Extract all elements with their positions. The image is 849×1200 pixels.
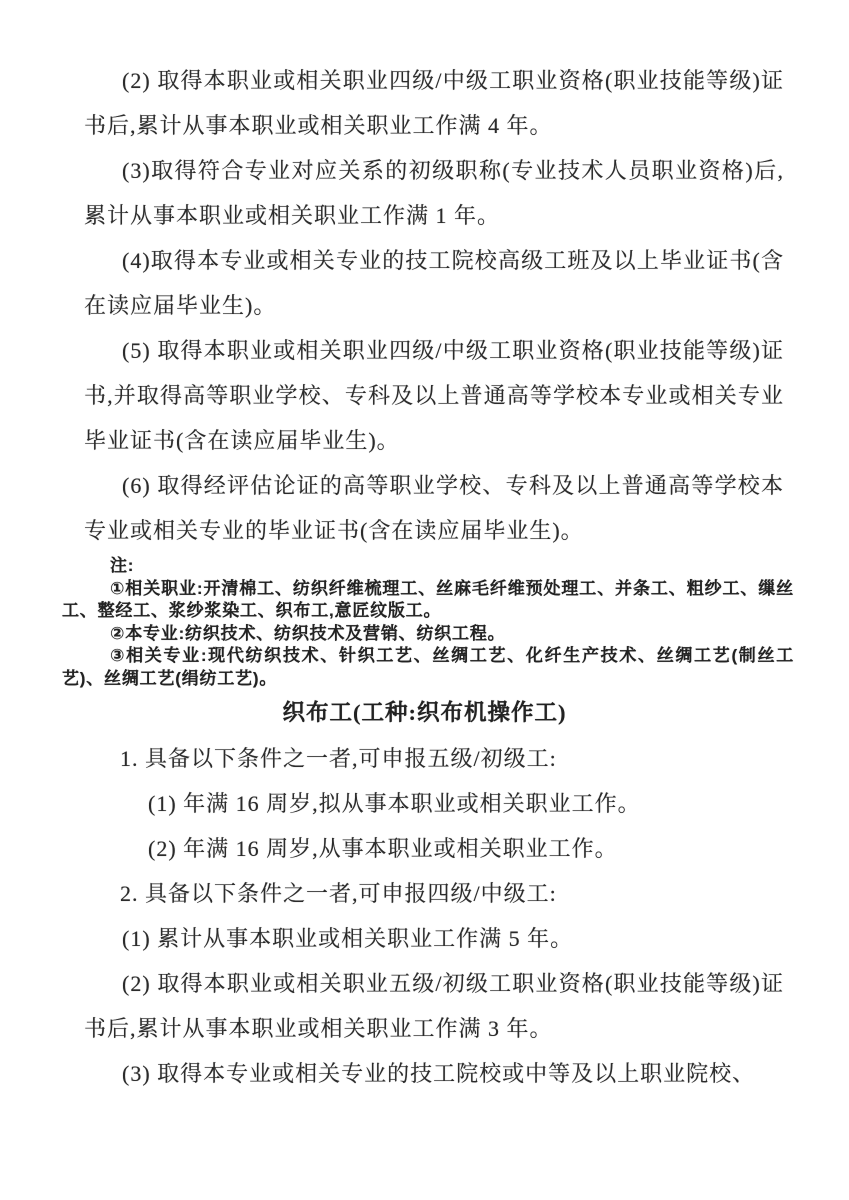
section-item-2-2: (2) 取得本职业或相关职业五级/初级工职业资格(职业技能等级)证书后,累计从事… [84, 961, 784, 1051]
note-item-related-majors: ③相关专业:现代纺织技术、针织工艺、丝绸工艺、化纤生产技术、丝绸工艺(制丝工艺)… [62, 645, 794, 690]
intro-paragraph-5: (5) 取得本职业或相关职业四级/中级工职业资格(职业技能等级)证书,并取得高等… [84, 328, 784, 463]
note-block: 注: ①相关职业:开清棉工、纺织纤维梳理工、丝麻毛纤维预处理工、并条工、粗纱工、… [62, 555, 794, 690]
intro-paragraphs: (2) 取得本职业或相关职业四级/中级工职业资格(职业技能等级)证书后,累计从事… [84, 58, 784, 553]
intro-paragraph-2: (2) 取得本职业或相关职业四级/中级工职业资格(职业技能等级)证书后,累计从事… [84, 58, 784, 148]
intro-paragraph-4: (4)取得本专业或相关专业的技工院校高级工班及以上毕业证书(含在读应届毕业生)。 [84, 238, 784, 328]
section-item-2-3: (3) 取得本专业或相关专业的技工院校或中等及以上职业院校、 [84, 1051, 784, 1096]
section-item-2: 2. 具备以下条件之一者,可申报四级/中级工: [84, 871, 784, 916]
intro-paragraph-3: (3)取得符合专业对应关系的初级职称(专业技术人员职业资格)后,累计从事本职业或… [84, 148, 784, 238]
section-item-1: 1. 具备以下条件之一者,可申报五级/初级工: [84, 736, 784, 781]
document-page: (2) 取得本职业或相关职业四级/中级工职业资格(职业技能等级)证书后,累计从事… [0, 0, 849, 1200]
section-item-2-1: (1) 累计从事本职业或相关职业工作满 5 年。 [84, 916, 784, 961]
section-item-1-2: (2) 年满 16 周岁,从事本职业或相关职业工作。 [84, 826, 784, 871]
section-item-1-1: (1) 年满 16 周岁,拟从事本职业或相关职业工作。 [84, 781, 784, 826]
note-label: 注: [62, 555, 794, 578]
section-items: 1. 具备以下条件之一者,可申报五级/初级工: (1) 年满 16 周岁,拟从事… [84, 736, 784, 1096]
note-item-this-major: ②本专业:纺织技术、纺织技术及营销、纺织工程。 [62, 623, 794, 646]
section-heading: 织布工(工种:织布机操作工) [0, 695, 849, 727]
intro-paragraph-6: (6) 取得经评估论证的高等职业学校、专科及以上普通高等学校本专业或相关专业的毕… [84, 463, 784, 553]
note-item-related-occupations: ①相关职业:开清棉工、纺织纤维梳理工、丝麻毛纤维预处理工、并条工、粗纱工、缫丝工… [62, 578, 794, 623]
